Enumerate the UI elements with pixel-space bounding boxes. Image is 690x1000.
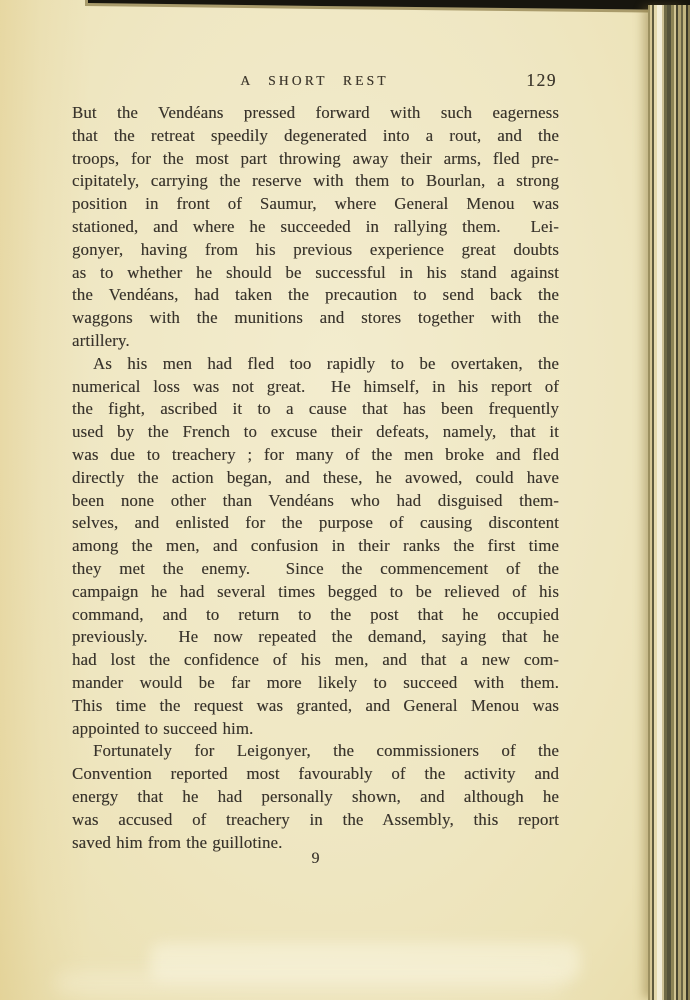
page-number: 129: [526, 70, 557, 91]
text-line: the fight, ascribed it to a cause that h…: [72, 398, 559, 421]
text-line: the Vendéans, had taken the precaution t…: [72, 284, 559, 307]
text-line: Fortunately for Leigonyer, the commissio…: [72, 740, 559, 763]
text-line: waggons with the munitions and stores to…: [72, 307, 559, 330]
text-line: cipitately, carrying the reserve with th…: [72, 170, 559, 193]
text-line: was accused of treachery in the Assembly…: [72, 809, 559, 832]
text-line: was due to treachery ; for many of the m…: [72, 444, 559, 467]
text-line: artillery.: [72, 330, 559, 353]
text-line: among the men, and confusion in their ra…: [72, 535, 559, 558]
text-line: numerical loss was not great. He himself…: [72, 376, 559, 399]
text-line: used by the French to excuse their defea…: [72, 421, 559, 444]
text-line: energy that he had personally shown, and…: [72, 786, 559, 809]
text-line: as to whether he should be successful in…: [72, 262, 559, 285]
text-line: position in front of Saumur, where Gener…: [72, 193, 559, 216]
body-text: But the Vendéans pressed forward with su…: [72, 102, 559, 854]
text-line: stationed, and where he succeeded in ral…: [72, 216, 559, 239]
running-header-title: A SHORT REST: [72, 70, 557, 89]
book-fore-edge-pages: [648, 5, 690, 1000]
text-line: had lost the confidence of his men, and …: [72, 649, 559, 672]
text-line: command, and to return to the post that …: [72, 604, 559, 627]
text-line: troops, for the most part throwing away …: [72, 148, 559, 171]
text-line: that the retreat speedily degenerated in…: [72, 125, 559, 148]
signature-mark: 9: [72, 850, 559, 868]
running-header: A SHORT REST 129: [72, 70, 557, 92]
text-line: previously. He now repeated the demand, …: [72, 626, 559, 649]
text-line: But the Vendéans pressed forward with su…: [72, 102, 559, 125]
text-line: directly the action began, and these, he…: [72, 467, 559, 490]
text-line: appointed to succeed him.: [72, 718, 559, 741]
text-line: gonyer, having from his previous experie…: [72, 239, 559, 262]
text-line: campaign he had several times begged to …: [72, 581, 559, 604]
text-line: been none other than Vendéans who had di…: [72, 490, 559, 513]
text-line: mander would be far more likely to succe…: [72, 672, 559, 695]
text-line: As his men had fled too rapidly to be ov…: [72, 353, 559, 376]
text-line: Convention reported most favourably of t…: [72, 763, 559, 786]
text-line: they met the enemy. Since the commenceme…: [72, 558, 559, 581]
text-line: This time the request was granted, and G…: [72, 695, 559, 718]
scanned-book-page: A SHORT REST 129 But the Vendéans presse…: [0, 0, 690, 1000]
text-line: selves, and enlisted for the purpose of …: [72, 512, 559, 535]
paper-light-streak: [55, 972, 565, 994]
